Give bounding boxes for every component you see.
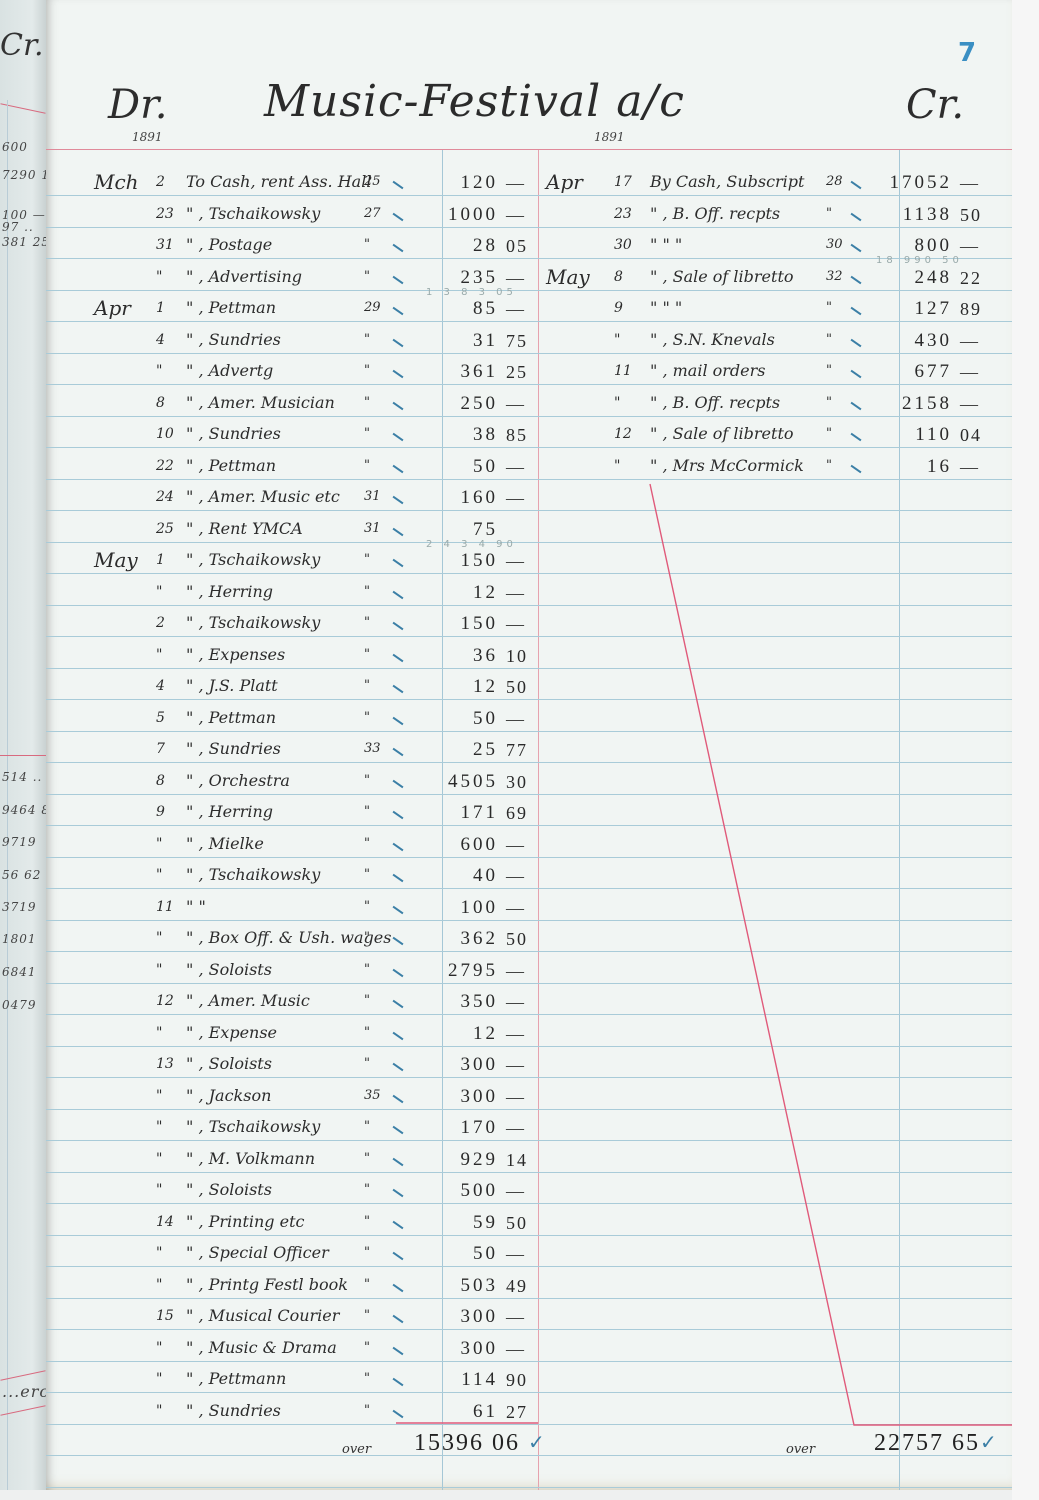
entry-folio: 29: [364, 300, 381, 315]
entry-dollars: 25: [408, 739, 498, 761]
entry-folio: ": [364, 867, 370, 882]
entry-cents: —: [506, 614, 526, 635]
entry-dollars: 85: [408, 298, 498, 320]
entry-folio: ": [364, 269, 370, 284]
entry-dollars: 59: [408, 1212, 498, 1234]
margin-number: 6841: [2, 965, 37, 979]
entry-dollars: 150: [408, 613, 498, 635]
entry-cents: —: [960, 394, 980, 415]
entry-cents: —: [506, 898, 526, 919]
entry-day: ": [156, 1025, 162, 1041]
debit-total-label: over: [342, 1442, 371, 1457]
entry-description: " " ": [650, 235, 682, 254]
entry-description: " , Mielke: [186, 834, 264, 853]
entry-cents: —: [506, 299, 526, 320]
entry-dollars: 300: [408, 1086, 498, 1108]
entry-description: " , Rent YMCA: [186, 519, 303, 538]
credit-total: 22757 65: [874, 1430, 980, 1457]
entry-day: 11: [614, 363, 632, 379]
entry-dollars: 12: [408, 582, 498, 604]
entry-description: " , Printing etc: [186, 1212, 305, 1231]
entry-day: 14: [156, 1214, 174, 1230]
entry-day: 11: [156, 899, 174, 915]
entry-month: May: [546, 265, 590, 289]
entry-cents: —: [506, 488, 526, 509]
entry-day: ": [156, 1151, 162, 1167]
entry-dollars: 350: [408, 991, 498, 1013]
margin-number: 514 ..: [2, 770, 42, 784]
entry-dollars: 40: [408, 865, 498, 887]
entry-folio: ": [364, 993, 370, 1008]
entry-dollars: 2795: [408, 960, 498, 982]
entry-description: " , Printg Festl book: [186, 1275, 348, 1294]
entry-day: 10: [156, 426, 174, 442]
entry-description: " , Tschaikowsky: [186, 204, 320, 223]
entry-dollars: 677: [862, 361, 952, 383]
entry-day: 12: [156, 993, 174, 1009]
entry-day: 24: [156, 489, 174, 505]
entry-day: ": [156, 1245, 162, 1261]
entry-dollars: 75: [408, 519, 498, 541]
entry-cents: 50: [960, 205, 982, 226]
entry-description: " , Amer. Musician: [186, 393, 335, 412]
entry-day: ": [156, 836, 162, 852]
entry-day: ": [156, 1403, 162, 1419]
margin-number: 9719: [2, 835, 37, 849]
entry-day: 22: [156, 458, 174, 474]
checkmark-icon: ✓: [528, 1430, 545, 1454]
entry-day: ": [156, 930, 162, 946]
entry-cents: —: [506, 1087, 526, 1108]
entry-cents: —: [506, 992, 526, 1013]
entry-cents: —: [506, 457, 526, 478]
entry-description: " , Musical Courier: [186, 1306, 339, 1325]
entry-folio: ": [826, 300, 832, 315]
entry-month: Apr: [94, 296, 131, 320]
entry-cents: —: [506, 1055, 526, 1076]
entry-cents: 22: [960, 268, 982, 289]
entry-cents: 50: [506, 1213, 528, 1234]
entry-description: " , Box Off. & Ush. wages: [186, 928, 391, 947]
entry-description: " ": [186, 897, 206, 916]
entry-cents: 27: [506, 1402, 528, 1423]
entry-cents: —: [506, 1024, 526, 1045]
entry-dollars: 235: [408, 267, 498, 289]
entry-dollars: 171: [408, 802, 498, 824]
entry-dollars: 61: [408, 1401, 498, 1423]
entry-dollars: 114: [408, 1369, 498, 1391]
entry-cents: —: [506, 394, 526, 415]
entry-dollars: 28: [408, 235, 498, 257]
entry-cents: —: [506, 1307, 526, 1328]
ledger-page: 7 Dr. Music-Festival a/c Cr. 1891 1891 M…: [46, 0, 1012, 1490]
entry-folio: ": [364, 332, 370, 347]
entry-cents: —: [506, 1339, 526, 1360]
entry-dollars: 503: [408, 1275, 498, 1297]
page-edge: [1012, 0, 1039, 1500]
entry-folio: ": [364, 1277, 370, 1292]
entry-month: Apr: [546, 170, 583, 194]
entry-description: " , J.S. Platt: [186, 676, 278, 695]
entry-day: ": [614, 395, 620, 411]
ruling-blue: [7, 100, 8, 1490]
checkmark-icon: ✓: [980, 1430, 997, 1454]
entry-day: ": [156, 584, 162, 600]
entry-dollars: 430: [862, 330, 952, 352]
entry-description: " , B. Off. recpts: [650, 393, 780, 412]
entry-description: To Cash, rent Ass. Hall: [186, 172, 371, 191]
debit-total: 15396 06: [414, 1430, 520, 1457]
entry-description: " , Tschaikowsky: [186, 550, 320, 569]
entry-day: 2: [156, 615, 165, 631]
entry-day: ": [156, 363, 162, 379]
entry-description: " , Pettman: [186, 298, 276, 317]
entry-cents: 14: [506, 1150, 528, 1171]
entry-cents: 69: [506, 803, 528, 824]
entry-description: " , Mrs McCormick: [650, 456, 804, 475]
entry-description: " , Amer. Music etc: [186, 487, 340, 506]
entry-dollars: 300: [408, 1338, 498, 1360]
entry-folio: ": [826, 363, 832, 378]
entry-dollars: 31: [408, 330, 498, 352]
entry-day: ": [156, 1088, 162, 1104]
entry-day: 8: [156, 395, 165, 411]
entry-description: " , Amer. Music: [186, 991, 310, 1010]
entry-folio: ": [364, 899, 370, 914]
entry-dollars: 929: [408, 1149, 498, 1171]
entry-cents: 85: [506, 425, 528, 446]
entry-description: " , Sundries: [186, 424, 281, 443]
entry-folio: ": [364, 552, 370, 567]
entry-description: " , Soloists: [186, 1180, 272, 1199]
entry-dollars: 300: [408, 1306, 498, 1328]
entry-description: " , Sale of libretto: [650, 424, 794, 443]
entry-description: " , Pettmann: [186, 1369, 286, 1388]
entry-description: " , Postage: [186, 235, 272, 254]
entry-folio: ": [364, 363, 370, 378]
entry-description: " , Expense: [186, 1023, 277, 1042]
entry-dollars: 2158: [862, 393, 952, 415]
entry-description: " , Expenses: [186, 645, 285, 664]
entry-folio: ": [364, 1025, 370, 1040]
entry-day: 31: [156, 237, 174, 253]
entry-folio: ": [364, 836, 370, 851]
entry-dollars: 150: [408, 550, 498, 572]
entry-cents: 50: [506, 929, 528, 950]
entry-cents: —: [506, 173, 526, 194]
entry-day: 23: [156, 206, 174, 222]
entry-dollars: 12: [408, 676, 498, 698]
margin-number: 600: [2, 140, 28, 154]
margin-number: 9464 8..: [2, 803, 47, 817]
entry-folio: ": [364, 395, 370, 410]
entry-dollars: 120: [408, 172, 498, 194]
entry-folio: ": [826, 426, 832, 441]
entry-dollars: 600: [408, 834, 498, 856]
entry-cents: —: [506, 961, 526, 982]
previous-page-header: Cr.: [0, 28, 44, 63]
entry-dollars: 16: [862, 456, 952, 478]
entry-cents: —: [960, 457, 980, 478]
entry-day: ": [156, 269, 162, 285]
entry-folio: ": [364, 426, 370, 441]
entry-day: 4: [156, 678, 165, 694]
entry-day: ": [156, 1119, 162, 1135]
entry-month: May: [94, 548, 138, 572]
entry-day: 1: [156, 552, 165, 568]
entry-dollars: 127: [862, 298, 952, 320]
entry-cents: 50: [506, 677, 528, 698]
entry-dollars: 36: [408, 645, 498, 667]
entry-folio: ": [364, 1340, 370, 1355]
entry-dollars: 100: [408, 897, 498, 919]
credit-total-label: over: [786, 1442, 815, 1457]
entry-day: 9: [156, 804, 165, 820]
entry-folio: ": [364, 930, 370, 945]
entry-description: " , B. Off. recpts: [650, 204, 780, 223]
entry-cents: 49: [506, 1276, 528, 1297]
entry-description: " , mail orders: [650, 361, 766, 380]
margin-number: 3719: [2, 900, 37, 914]
entry-description: " , Music & Drama: [186, 1338, 337, 1357]
entry-day: 25: [156, 521, 174, 537]
entry-folio: 33: [364, 741, 381, 756]
entry-folio: ": [826, 332, 832, 347]
entry-folio: 31: [364, 489, 381, 504]
entry-description: " , S.N. Knevals: [650, 330, 775, 349]
previous-page-margin: Cr. 600 7290 17 100 — 97 .. 381 25 514 .…: [0, 0, 47, 1490]
entry-day: ": [156, 867, 162, 883]
entry-description: " , Herring: [186, 582, 273, 601]
entry-description: " , Sundries: [186, 739, 281, 758]
entry-folio: 25: [364, 174, 381, 189]
entry-cents: 89: [960, 299, 982, 320]
entry-cents: 04: [960, 425, 982, 446]
entry-dollars: 50: [408, 1243, 498, 1265]
entry-description: " , Tschaikowsky: [186, 1117, 320, 1136]
entry-cents: —: [506, 268, 526, 289]
entry-dollars: 300: [408, 1054, 498, 1076]
entry-description: " , Herring: [186, 802, 273, 821]
entry-day: ": [156, 1371, 162, 1387]
entry-day: 15: [156, 1308, 174, 1324]
entry-day: 30: [614, 237, 632, 253]
entry-day: 9: [614, 300, 623, 316]
entry-folio: ": [364, 458, 370, 473]
entry-cents: —: [506, 1181, 526, 1202]
entry-month: Mch: [94, 170, 139, 194]
entry-folio: 32: [826, 269, 843, 284]
entry-description: " , Advertising: [186, 267, 302, 286]
entry-dollars: 50: [408, 708, 498, 730]
entry-dollars: 4505: [408, 771, 498, 793]
margin-number: 7290 17: [2, 168, 47, 182]
entry-cents: 05: [506, 236, 528, 257]
entry-day: ": [614, 458, 620, 474]
entry-day: ": [614, 332, 620, 348]
entry-dollars: 17052: [862, 172, 952, 194]
entry-folio: 35: [364, 1088, 381, 1103]
entry-folio: ": [364, 678, 370, 693]
entry-folio: ": [364, 1151, 370, 1166]
entry-folio: 31: [364, 521, 381, 536]
entry-day: 23: [614, 206, 632, 222]
entry-description: " , Tschaikowsky: [186, 865, 320, 884]
entry-description: " , Tschaikowsky: [186, 613, 320, 632]
entry-dollars: 1138: [862, 204, 952, 226]
entry-cents: 25: [506, 362, 528, 383]
entry-cents: —: [506, 1118, 526, 1139]
entry-folio: ": [364, 710, 370, 725]
entry-folio: ": [364, 1056, 370, 1071]
entry-description: " , M. Volkmann: [186, 1149, 315, 1168]
entry-folio: ": [364, 773, 370, 788]
entry-folio: ": [364, 1403, 370, 1418]
entry-cents: —: [506, 866, 526, 887]
entry-folio: ": [364, 1371, 370, 1386]
pencil-note: 1 3 8 3 05: [426, 287, 517, 298]
entry-day: 8: [614, 269, 623, 285]
entry-day: 8: [156, 773, 165, 789]
margin-number: 1801: [2, 932, 37, 946]
entry-description: " , Jackson: [186, 1086, 271, 1105]
entry-cents: —: [506, 583, 526, 604]
entry-dollars: 50: [408, 456, 498, 478]
entry-dollars: 38: [408, 424, 498, 446]
pencil-note: 18 990 50: [876, 255, 963, 266]
margin-text: ...erch: [2, 1382, 47, 1401]
entry-dollars: 361: [408, 361, 498, 383]
margin-number: 381 25: [2, 235, 47, 249]
entry-folio: ": [364, 647, 370, 662]
entry-day: 7: [156, 741, 165, 757]
entry-folio: ": [364, 615, 370, 630]
entry-folio: ": [364, 1245, 370, 1260]
entry-dollars: 250: [408, 393, 498, 415]
entry-cents: —: [506, 709, 526, 730]
entry-cents: —: [960, 236, 980, 257]
entry-dollars: 12: [408, 1023, 498, 1045]
entry-description: " , Soloists: [186, 960, 272, 979]
entry-folio: ": [364, 584, 370, 599]
entry-folio: ": [826, 458, 832, 473]
entry-day: 13: [156, 1056, 174, 1072]
entry-day: 2: [156, 174, 165, 190]
entry-folio: ": [364, 1214, 370, 1229]
entry-folio: ": [364, 237, 370, 252]
entry-folio: ": [826, 206, 832, 221]
entry-cents: 90: [506, 1370, 528, 1391]
entry-dollars: 170: [408, 1117, 498, 1139]
pencil-note: 2 4 3 4 90: [426, 539, 517, 550]
entry-dollars: 362: [408, 928, 498, 950]
entry-cents: —: [960, 331, 980, 352]
entry-folio: 27: [364, 206, 381, 221]
entry-folio: ": [364, 1308, 370, 1323]
entry-folio: ": [364, 1119, 370, 1134]
entry-day: 4: [156, 332, 165, 348]
entry-folio: ": [364, 804, 370, 819]
entry-dollars: 110: [862, 424, 952, 446]
entry-description: " , Pettman: [186, 456, 276, 475]
entry-cents: 75: [506, 331, 528, 352]
ruling-red: [0, 755, 46, 756]
entry-folio: 28: [826, 174, 843, 189]
entry-description: By Cash, Subscript: [650, 172, 804, 191]
entry-day: ": [156, 1340, 162, 1356]
entry-day: ": [156, 1182, 162, 1198]
entry-cents: —: [506, 1244, 526, 1265]
entry-description: " , Advertg: [186, 361, 273, 380]
entry-folio: ": [364, 1182, 370, 1197]
entry-folio: ": [364, 962, 370, 977]
entry-folio: 30: [826, 237, 843, 252]
entry-cents: —: [960, 173, 980, 194]
entry-day: 1: [156, 300, 165, 316]
entry-dollars: 800: [862, 235, 952, 257]
entry-description: " , Sundries: [186, 330, 281, 349]
entry-dollars: 1000: [408, 204, 498, 226]
margin-number: 56 62: [2, 868, 41, 882]
margin-number: 0479: [2, 998, 37, 1012]
entry-description: " , Soloists: [186, 1054, 272, 1073]
entry-cents: 30: [506, 772, 528, 793]
entry-description: " , Orchestra: [186, 771, 290, 790]
entry-dollars: 500: [408, 1180, 498, 1202]
entry-day: 12: [614, 426, 632, 442]
margin-number: 97 ..: [2, 220, 34, 234]
entry-description: " , Sale of libretto: [650, 267, 794, 286]
entry-day: ": [156, 962, 162, 978]
entry-description: " , Special Officer: [186, 1243, 329, 1262]
entry-folio: ": [826, 395, 832, 410]
entry-dollars: 160: [408, 487, 498, 509]
entry-cents: —: [506, 551, 526, 572]
entry-day: 5: [156, 710, 165, 726]
entry-day: ": [156, 1277, 162, 1293]
entry-cents: —: [506, 835, 526, 856]
entry-description: " , Pettman: [186, 708, 276, 727]
entry-day: ": [156, 647, 162, 663]
entry-description: " " ": [650, 298, 682, 317]
entry-cents: —: [960, 362, 980, 383]
entry-description: " , Sundries: [186, 1401, 281, 1420]
entry-cents: 10: [506, 646, 528, 667]
entry-cents: 77: [506, 740, 528, 761]
entry-dollars: 248: [862, 267, 952, 289]
entry-day: 17: [614, 174, 632, 190]
entry-cents: —: [506, 205, 526, 226]
